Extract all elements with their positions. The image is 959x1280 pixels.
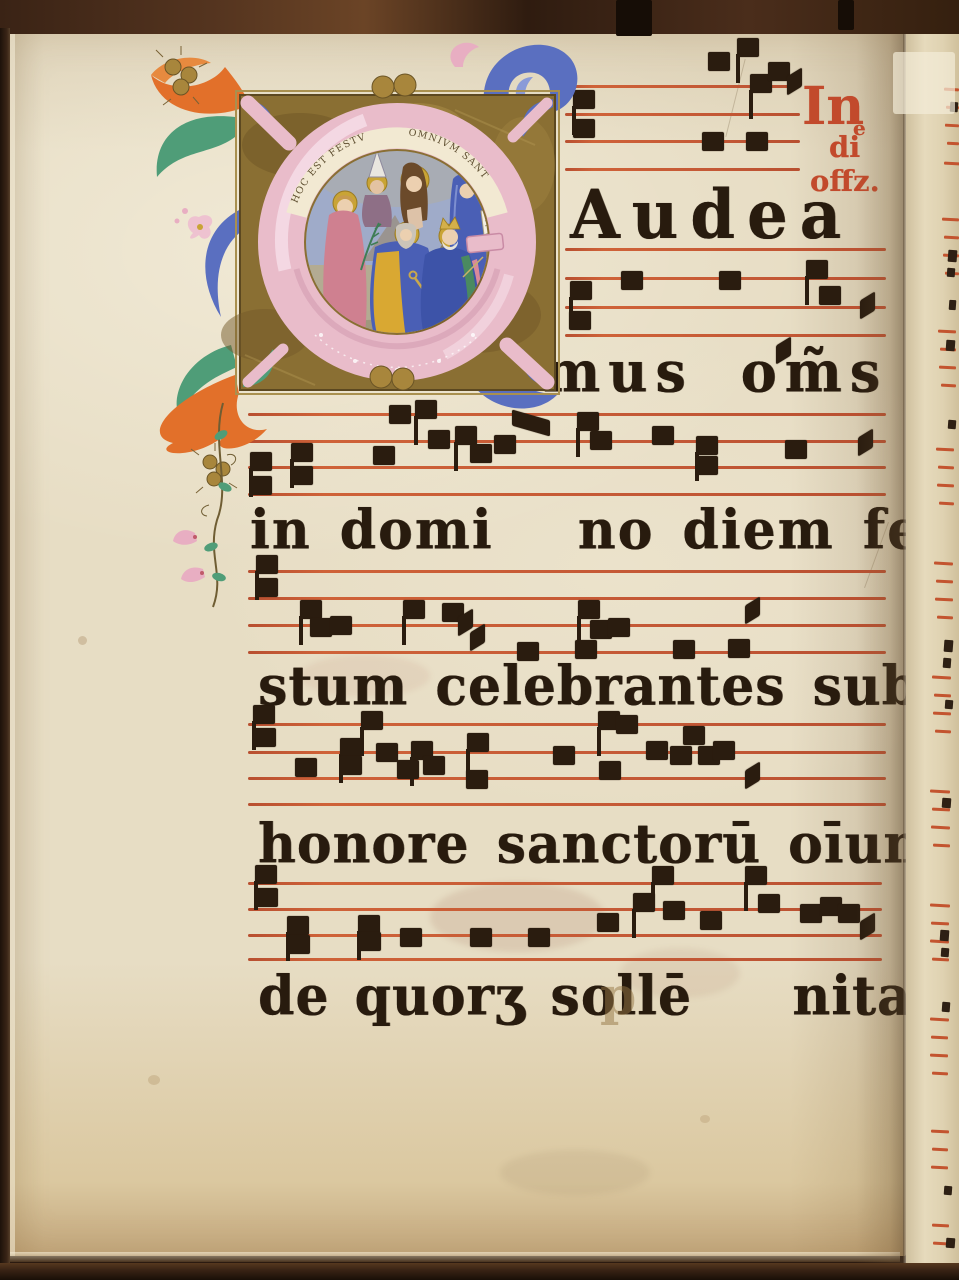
fore-edge-staff-mark xyxy=(947,142,959,146)
neume-pt xyxy=(573,90,595,109)
fore-edge-staff-mark xyxy=(932,676,951,680)
neume-p xyxy=(719,271,741,290)
staff-line xyxy=(565,168,800,171)
neume-p xyxy=(359,932,381,951)
neume-p xyxy=(254,728,276,747)
neume-p xyxy=(288,935,310,954)
page-curve-shadow xyxy=(856,30,908,1263)
fore-edge-staff-mark xyxy=(930,1018,949,1022)
neume-p xyxy=(785,440,807,459)
clasp-small xyxy=(838,0,854,30)
fore-edge-ink-mark xyxy=(942,1002,951,1013)
neume-p xyxy=(494,435,516,454)
fore-edge-staff-mark xyxy=(930,1054,948,1058)
fore-edge-staff-mark xyxy=(932,1224,949,1228)
faded-letter-p: p xyxy=(600,966,636,1027)
clasp xyxy=(616,0,652,36)
fore-edge-staff-mark xyxy=(932,1148,948,1152)
neume-p xyxy=(573,119,595,138)
neume-p xyxy=(599,761,621,780)
fore-edge-staff-mark xyxy=(935,730,951,734)
neume-pt xyxy=(570,281,592,300)
staff-line xyxy=(248,934,882,937)
staff-line xyxy=(565,306,886,309)
neume-p xyxy=(256,888,278,907)
neume-p xyxy=(683,726,705,745)
neume-pt xyxy=(250,452,272,471)
fore-edge-staff-mark xyxy=(944,236,959,240)
neume-p xyxy=(528,928,550,947)
fore-edge-staff-mark xyxy=(939,366,956,370)
chant-line-3: in domi no diem fe xyxy=(250,498,922,562)
fore-edge-staff-mark xyxy=(931,922,949,926)
fore-edge-staff-mark xyxy=(941,384,956,388)
neume-p xyxy=(373,446,395,465)
fore-edge-staff-mark xyxy=(945,124,959,128)
fore-edge-ink-mark xyxy=(949,300,957,310)
fore-edge-ink-mark xyxy=(944,640,954,653)
staff-line xyxy=(565,113,800,116)
neume-pt xyxy=(415,400,437,419)
fore-edge-staff-mark xyxy=(932,1072,948,1076)
manuscript-photo: Audea mus om̃s in domi no diem fe stum c… xyxy=(0,0,959,1280)
fore-edge-ink-mark xyxy=(943,658,952,669)
fore-edge-staff-mark xyxy=(930,789,950,793)
neume-p xyxy=(713,741,735,760)
neume-p xyxy=(670,746,692,765)
fore-edge-staff-mark xyxy=(931,826,950,830)
neume-p xyxy=(291,466,313,485)
neume-pt xyxy=(467,733,489,752)
neume-pt xyxy=(737,38,759,57)
neume-p xyxy=(800,904,822,923)
neume-p xyxy=(569,311,591,330)
neume-p xyxy=(819,286,841,305)
fore-edge-staff-mark xyxy=(938,330,956,334)
neume-pt xyxy=(287,916,309,935)
neume-pt xyxy=(455,426,477,445)
page-edge-highlight xyxy=(10,34,15,1256)
fore-edge-staff-mark xyxy=(934,562,953,566)
staff-line xyxy=(248,723,886,726)
fore-edge-staff-mark xyxy=(935,598,953,602)
staff-line xyxy=(248,493,886,496)
parchment-tab xyxy=(893,52,955,114)
neume-p xyxy=(646,741,668,760)
fore-edge-ink-mark xyxy=(946,340,956,352)
neume-p xyxy=(708,52,730,71)
page-bottom-edge xyxy=(8,1252,900,1262)
fore-edge-ink-mark xyxy=(944,1186,953,1196)
neume-p xyxy=(389,405,411,424)
neume-p xyxy=(663,901,685,920)
neume-p xyxy=(597,913,619,932)
fore-edge-staff-mark xyxy=(931,1130,949,1134)
staff-line xyxy=(248,597,886,600)
chant-line-2: mus om̃s xyxy=(543,338,888,405)
neume-p xyxy=(702,132,724,151)
neume-p xyxy=(700,911,722,930)
staff-line xyxy=(248,466,886,469)
fore-edge-staff-mark xyxy=(939,502,954,506)
chant-line-5: honore sanctorū oīum xyxy=(258,812,939,876)
neume-p xyxy=(330,616,352,635)
fore-edge-staff-mark xyxy=(932,958,949,962)
staff-line xyxy=(565,334,886,337)
neume-pt xyxy=(578,600,600,619)
neume-p xyxy=(310,618,332,637)
stain xyxy=(700,1115,710,1123)
neume-p xyxy=(400,928,422,947)
neume-p xyxy=(423,756,445,775)
neume-p xyxy=(590,431,612,450)
binding-bottom xyxy=(0,1263,959,1280)
neume-pt xyxy=(806,260,828,279)
fore-edge-staff-mark xyxy=(936,448,954,452)
fore-edge-staff-mark xyxy=(944,162,959,166)
fore-edge-staff-mark xyxy=(933,712,951,716)
fore-edge-staff-mark xyxy=(936,580,953,584)
stain xyxy=(148,1075,160,1085)
fore-edge xyxy=(906,28,959,1263)
neume-p xyxy=(466,770,488,789)
fore-edge-ink-mark xyxy=(947,268,956,278)
fore-edge-staff-mark xyxy=(930,903,950,907)
neume-p xyxy=(428,430,450,449)
neume-p xyxy=(295,758,317,777)
show-through xyxy=(430,882,605,952)
fore-edge-staff-mark xyxy=(937,484,954,488)
show-through xyxy=(500,1150,650,1195)
staff-line xyxy=(248,413,886,416)
chant-line-4: stum celebrantes sub xyxy=(258,654,919,718)
neume-p xyxy=(608,618,630,637)
neume-p xyxy=(340,756,362,775)
neume-p xyxy=(621,271,643,290)
fore-edge-staff-mark xyxy=(931,1036,948,1040)
staff-line xyxy=(248,882,882,885)
stain xyxy=(78,636,87,645)
neume-p xyxy=(758,894,780,913)
neume-pt xyxy=(340,738,362,757)
neume-p xyxy=(652,426,674,445)
neume-p xyxy=(746,132,768,151)
neume-p xyxy=(470,928,492,947)
fore-edge-ink-mark xyxy=(945,700,954,710)
staff-line xyxy=(248,908,882,911)
fore-edge-ink-mark xyxy=(946,1238,956,1249)
neume-pt xyxy=(403,600,425,619)
fore-edge-staff-mark xyxy=(942,218,959,222)
fore-edge-ink-mark xyxy=(942,798,952,809)
neume-pt xyxy=(696,436,718,455)
fore-edge-staff-mark xyxy=(938,466,954,470)
neume-p xyxy=(470,444,492,463)
neume-p xyxy=(250,476,272,495)
staff-line xyxy=(248,570,886,573)
neume-p xyxy=(397,760,419,779)
neume-p xyxy=(696,456,718,475)
fore-edge-staff-mark xyxy=(931,1166,948,1170)
neume-pt xyxy=(291,443,313,462)
neume-p xyxy=(256,578,278,597)
binding-left xyxy=(0,28,10,1268)
fore-edge-ink-mark xyxy=(948,250,958,263)
staff-line xyxy=(248,958,882,961)
fore-edge-staff-mark xyxy=(933,844,950,848)
neume-p xyxy=(553,746,575,765)
staff-line xyxy=(248,803,886,806)
fore-edge-ink-mark xyxy=(948,420,957,430)
fore-edge-ink-mark xyxy=(941,948,950,958)
fore-edge-staff-mark xyxy=(934,694,951,698)
neume-pt xyxy=(300,600,322,619)
neume-pt xyxy=(577,412,599,431)
fore-edge-ink-mark xyxy=(940,930,950,942)
neume-p xyxy=(376,743,398,762)
staff-line xyxy=(248,777,886,780)
fore-edge-staff-mark xyxy=(937,616,953,620)
binding-top xyxy=(0,0,959,34)
